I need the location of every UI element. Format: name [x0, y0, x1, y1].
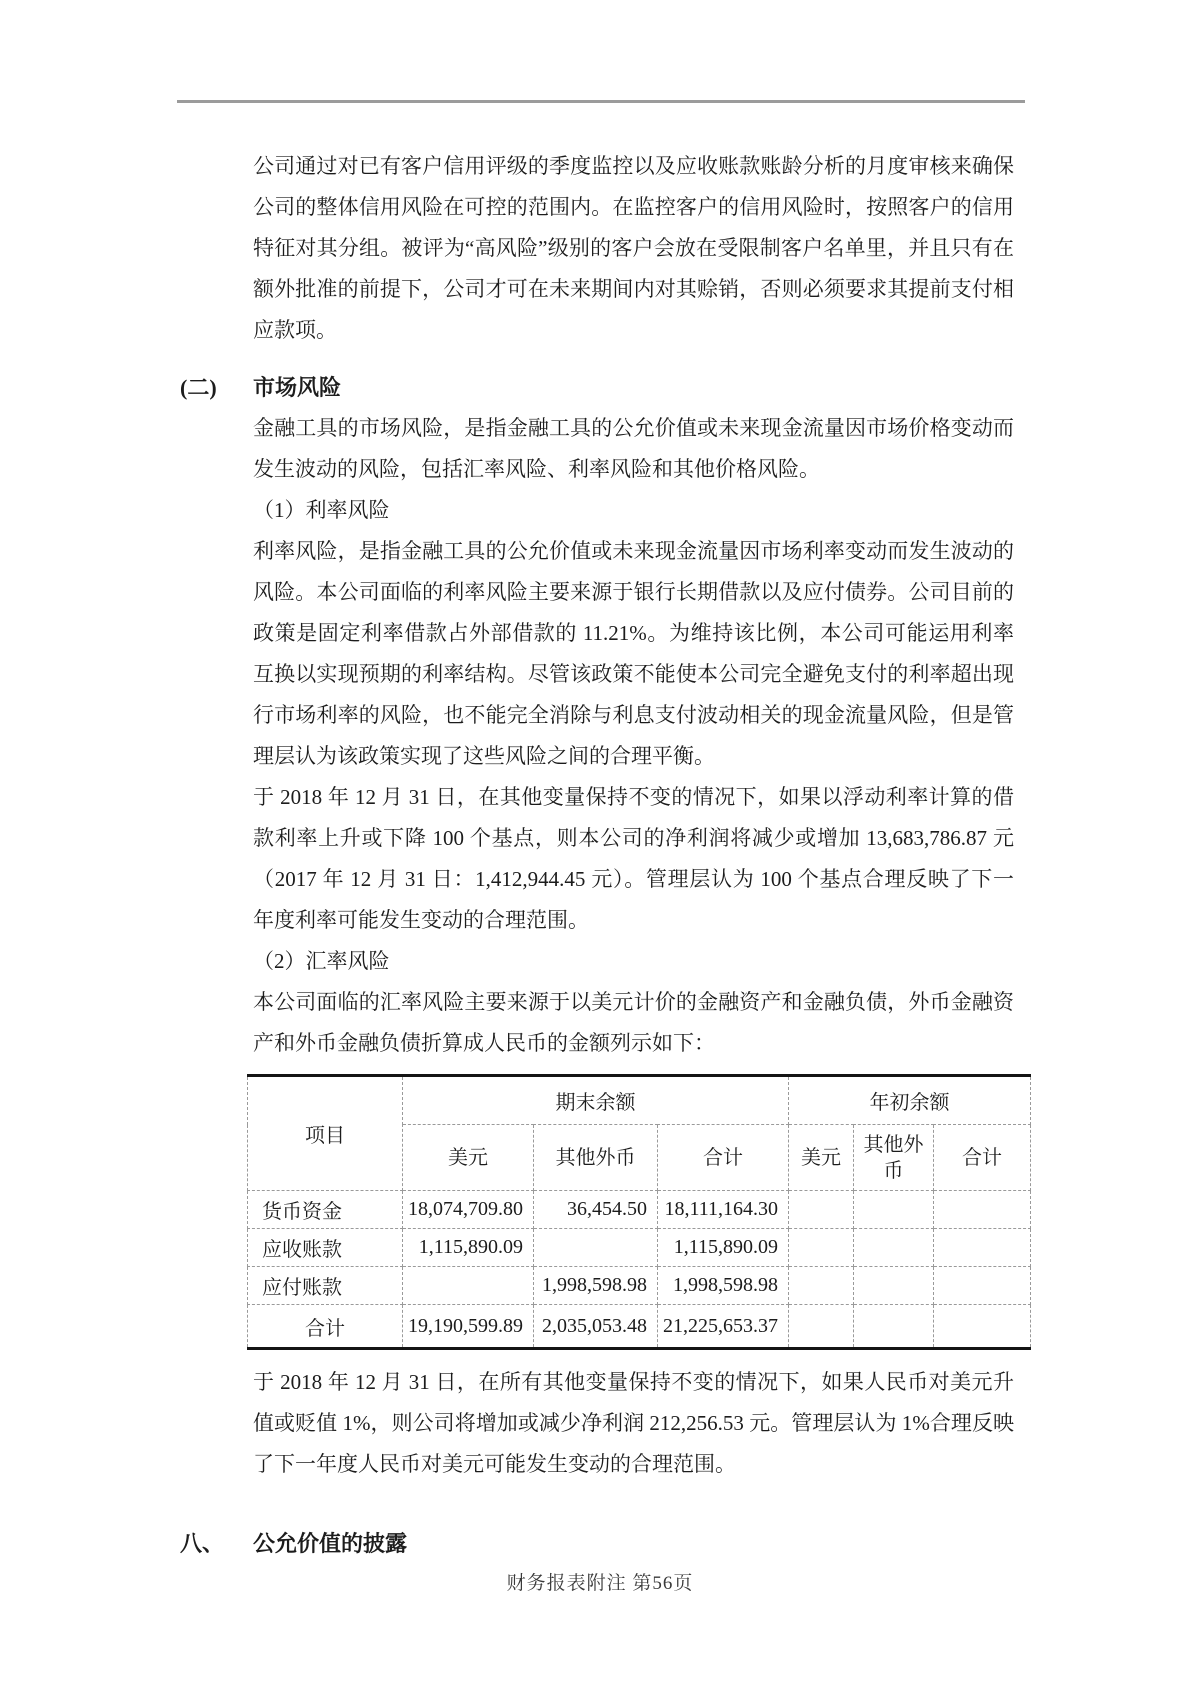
table-row-receivables: 应收账款 1,115,890.09 1,115,890.09	[248, 1229, 1031, 1267]
header-divider-rule	[177, 100, 1025, 103]
section-heading-fair-value: 八、 公允价值的披露	[253, 1523, 1014, 1564]
col-header-beginning-balance: 年初余额	[789, 1076, 1031, 1125]
table-row-payables: 应付账款 1,998,598.98 1,998,598.98	[248, 1267, 1031, 1305]
cell-value	[854, 1305, 934, 1349]
row-label: 合计	[248, 1305, 403, 1349]
cell-value	[934, 1191, 1031, 1229]
col-header-begin-usd: 美元	[789, 1125, 854, 1191]
cell-value: 1,115,890.09	[403, 1229, 534, 1267]
cell-value: 2,035,053.48	[534, 1305, 658, 1349]
cell-value	[854, 1229, 934, 1267]
page-content: 公司通过对已有客户信用评级的季度监控以及应收账款账龄分析的月度审核来确保公司的整…	[253, 146, 1014, 1564]
table-row-cash: 货币资金 18,074,709.80 36,454.50 18,111,164.…	[248, 1191, 1031, 1229]
paragraph-fx-sensitivity: 于 2018 年 12 月 31 日，在所有其他变量保持不变的情况下，如果人民币…	[253, 1362, 1014, 1485]
paragraph-interest-sensitivity: 于 2018 年 12 月 31 日，在其他变量保持不变的情况下，如果以浮动利率…	[253, 777, 1014, 941]
cell-value	[854, 1267, 934, 1305]
col-header-end-other: 其他外币	[534, 1125, 658, 1191]
col-header-end-total: 合计	[658, 1125, 789, 1191]
section-title: 公允价值的披露	[253, 1531, 407, 1556]
col-header-begin-total: 合计	[934, 1125, 1031, 1191]
paragraph-interest-risk-body: 利率风险，是指金融工具的公允价值或未来现金流量因市场利率变动而发生波动的风险。本…	[253, 531, 1014, 777]
paragraph-credit-risk: 公司通过对已有客户信用评级的季度监控以及应收账款账龄分析的月度审核来确保公司的整…	[253, 146, 1014, 351]
page-footer: 财务报表附注 第56页	[0, 1568, 1200, 1595]
cell-value: 21,225,653.37	[658, 1305, 789, 1349]
paragraph-market-risk-intro: 金融工具的市场风险，是指金融工具的公允价值或未来现金流量因市场价格变动而发生波动…	[253, 408, 1014, 490]
paragraph-fx-risk-body: 本公司面临的汇率风险主要来源于以美元计价的金融资产和金融负债，外币金融资产和外币…	[253, 982, 1014, 1064]
document-page: 公司通过对已有客户信用评级的季度监控以及应收账款账龄分析的月度审核来确保公司的整…	[0, 0, 1200, 1697]
fx-exposure-table: 项目 期末余额 年初余额 美元 其他外币 合计 美元 其他外币 合计 货币资金 …	[247, 1074, 1031, 1350]
section-number: (二)	[180, 367, 217, 408]
cell-value: 1,115,890.09	[658, 1229, 789, 1267]
col-header-begin-other: 其他外币	[854, 1125, 934, 1191]
row-label: 应付账款	[248, 1267, 403, 1305]
section-title: 市场风险	[253, 375, 341, 400]
cell-value: 1,998,598.98	[534, 1267, 658, 1305]
cell-value	[934, 1305, 1031, 1349]
cell-value	[789, 1267, 854, 1305]
cell-value	[403, 1267, 534, 1305]
cell-value	[789, 1305, 854, 1349]
table-header-group-row: 项目 期末余额 年初余额	[248, 1076, 1031, 1125]
section-number: 八、	[180, 1523, 224, 1564]
cell-value: 36,454.50	[534, 1191, 658, 1229]
cell-value	[789, 1229, 854, 1267]
col-header-end-usd: 美元	[403, 1125, 534, 1191]
cell-value	[934, 1267, 1031, 1305]
cell-value	[534, 1229, 658, 1267]
col-header-ending-balance: 期末余额	[403, 1076, 789, 1125]
row-label: 应收账款	[248, 1229, 403, 1267]
cell-value	[934, 1229, 1031, 1267]
section-heading-market-risk: (二) 市场风险	[253, 367, 1014, 408]
cell-value: 19,190,599.89	[403, 1305, 534, 1349]
cell-value	[854, 1191, 934, 1229]
col-header-item: 项目	[248, 1076, 403, 1191]
cell-value: 1,998,598.98	[658, 1267, 789, 1305]
cell-value: 18,074,709.80	[403, 1191, 534, 1229]
cell-value	[789, 1191, 854, 1229]
row-label: 货币资金	[248, 1191, 403, 1229]
table-row-total: 合计 19,190,599.89 2,035,053.48 21,225,653…	[248, 1305, 1031, 1349]
cell-value: 18,111,164.30	[658, 1191, 789, 1229]
subheading-interest-rate-risk: （1）利率风险	[253, 490, 1014, 531]
subheading-fx-risk: （2）汇率风险	[253, 941, 1014, 982]
